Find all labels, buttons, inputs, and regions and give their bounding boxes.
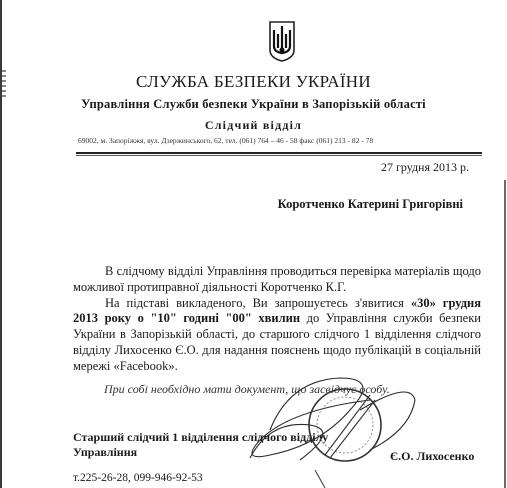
header-divider-thin	[76, 155, 482, 156]
body-paragraph-2-text: На підставі викладеного, Ви запрошуєтесь…	[105, 296, 411, 310]
addressee: Коротченко Катерині Григорівні	[278, 197, 463, 212]
agency-address: 69002, м. Запоріжжя, вул. Дзержинського,…	[78, 136, 373, 145]
body-paragraph-1: В слідчому відділі Управління проводитьс…	[73, 264, 481, 296]
body-paragraph-2: На підставі викладеного, Ви запрошуєтесь…	[73, 296, 481, 375]
contact-phones: т.225-26-28, 099-946-92-53	[73, 472, 203, 484]
letter-body: В слідчому відділі Управління проводитьс…	[73, 264, 481, 375]
agency-title: СЛУЖБА БЕЗПЕКИ УКРАЇНИ	[0, 72, 507, 92]
agency-subtitle: Управління Служби безпеки України в Запо…	[0, 97, 507, 112]
ukraine-trident-icon	[268, 20, 296, 62]
department-name: Слідчий відділ	[0, 118, 507, 133]
scan-edge-right	[504, 180, 506, 488]
signature-stamp-icon	[230, 370, 430, 488]
header-divider	[76, 152, 482, 154]
document-date: 27 грудня 2013 р.	[381, 160, 469, 175]
